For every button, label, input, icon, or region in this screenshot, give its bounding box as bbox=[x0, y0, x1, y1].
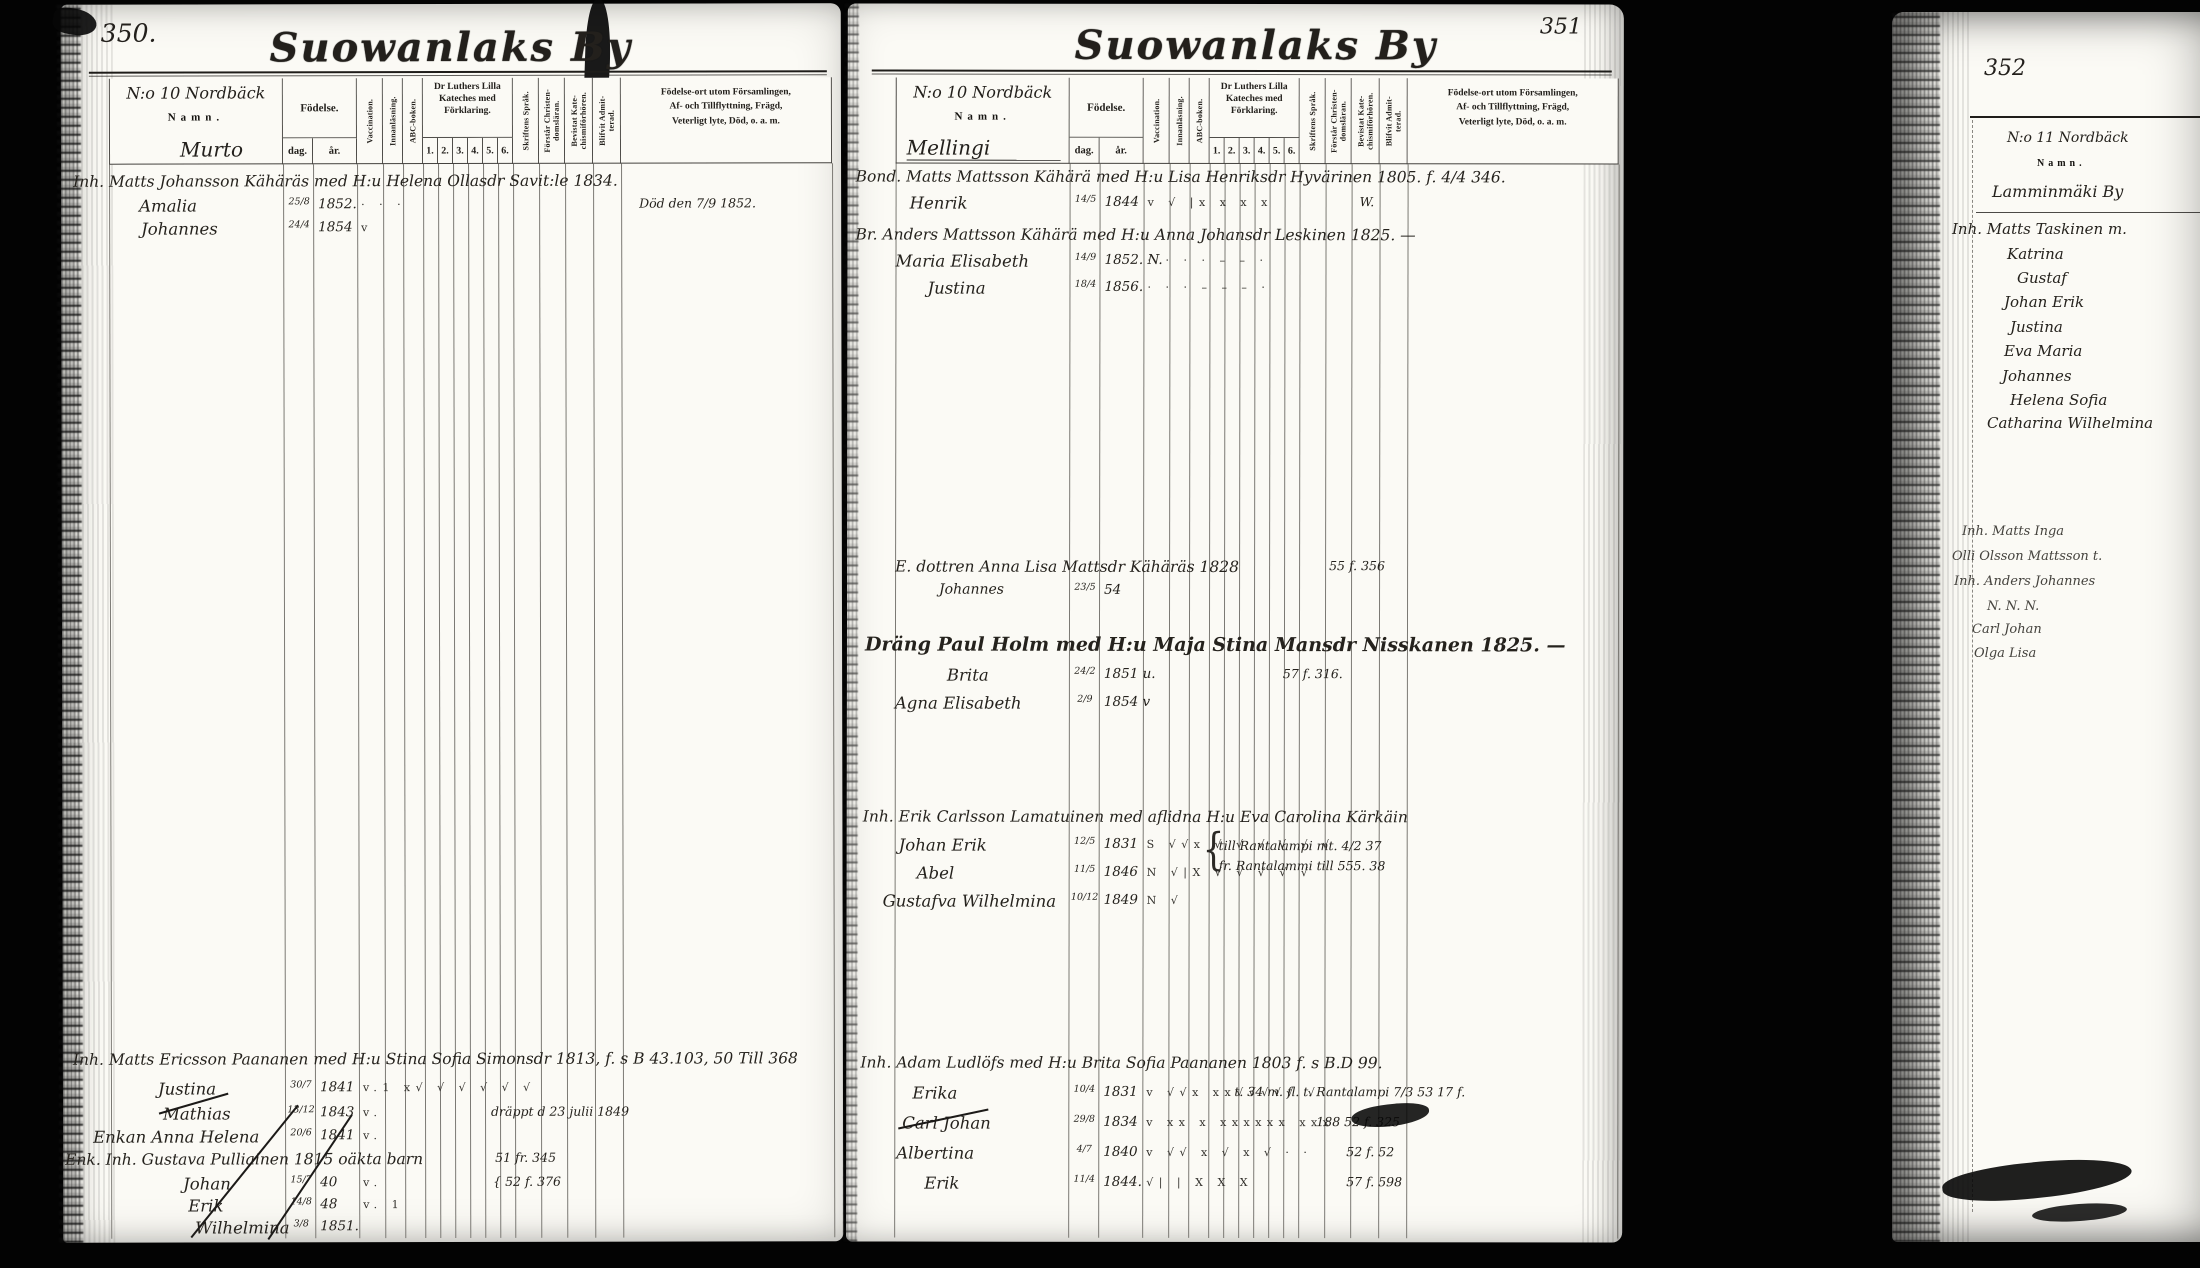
c2-label: 2. bbox=[1225, 145, 1239, 156]
person-name: Johan Erik bbox=[2004, 293, 2084, 311]
c1-label: 1. bbox=[1210, 145, 1224, 156]
birth-day: 30/7 bbox=[286, 1080, 316, 1091]
table-row: Justina 18/4 1856. · · · – – – · bbox=[847, 278, 1623, 303]
person-name: Inh. Anders Johannes bbox=[1954, 574, 2095, 589]
header-abc-book: ABC-boken. bbox=[403, 78, 423, 164]
person-name: Carl Johan bbox=[1972, 622, 2042, 637]
c6-label: 6. bbox=[498, 145, 512, 156]
person-name: Abel bbox=[917, 864, 955, 883]
person-name: Albertina bbox=[896, 1144, 974, 1163]
header-c1: 1. bbox=[423, 138, 438, 164]
register-number: N:o 10 Nordbäck bbox=[897, 83, 1069, 102]
check-marks: v xx x xxxxxx xxx bbox=[1146, 1116, 1334, 1129]
family-line: Inh. Matts Johansson Kähäräs med H:u Hel… bbox=[73, 172, 618, 191]
person-name: Maria Elisabeth bbox=[895, 252, 1028, 271]
table-row: Carl Johan 29/8 1834 v xx x xxxxxx xxx 1… bbox=[846, 1113, 1622, 1138]
farm-name: Mellingi bbox=[907, 136, 1061, 161]
birth-year: 40 bbox=[320, 1174, 337, 1190]
c3-label: 3. bbox=[1240, 146, 1254, 157]
margin-note: { 52 f. 376 bbox=[493, 1174, 561, 1189]
binding-shade bbox=[1932, 12, 1972, 1242]
title-rule bbox=[872, 73, 1612, 75]
person-name: Helena Sofia bbox=[2010, 391, 2107, 409]
margin-note: 57 f. 316. bbox=[1283, 666, 1343, 681]
table-row: Brita 24/2 1851 u. 57 f. 316. bbox=[847, 665, 1623, 690]
admitted-label: Blifvit Admit- terad. bbox=[1384, 79, 1402, 163]
column-line bbox=[1972, 120, 1973, 1212]
header-scripture: Skriftens Språk. bbox=[513, 78, 539, 164]
birth-year: 1840 bbox=[1103, 1144, 1137, 1160]
table-row: Br. Anders Mattsson Kähärä med H:u Anna … bbox=[848, 225, 1624, 250]
page-edge-noise bbox=[1892, 12, 1940, 1242]
family-line: Inh. Adam Ludlöfs med H:u Brita Sofia Pa… bbox=[860, 1053, 1382, 1072]
header-name-column: N:o 10 Nordbäck Namn. Murto bbox=[109, 78, 283, 164]
notes-label: Födelse-ort utom Församlingen, Af- och T… bbox=[623, 85, 829, 128]
birth-year: 1841 bbox=[320, 1079, 354, 1095]
header-notes: Födelse-ort utom Församlingen, Af- och T… bbox=[1408, 78, 1619, 164]
check-marks: v.1 x√ √ √ √ √ √ bbox=[363, 1081, 536, 1094]
table-row: Wilhelmina 3/8 1851. bbox=[63, 1217, 843, 1243]
table-row: Henrik 14/5 1844 v √ |x x x x W. bbox=[848, 193, 1624, 218]
c5-label: 5. bbox=[1270, 146, 1284, 157]
person-name: Justina bbox=[2010, 318, 2063, 336]
birth-day: 4/7 bbox=[1069, 1145, 1099, 1155]
notes-label: Födelse-ort utom Församlingen, Af- och T… bbox=[1410, 86, 1616, 129]
abc-label: ABC-boken. bbox=[1195, 79, 1204, 163]
ink-blob bbox=[1941, 1152, 2134, 1208]
birth-year: 1834 bbox=[1103, 1114, 1137, 1130]
ink-blob bbox=[2032, 1201, 2128, 1225]
person-name: Justina bbox=[158, 1079, 216, 1098]
catechism-label: Dr Luthers Lilla Kateches med Förklaring… bbox=[425, 82, 510, 118]
header-scripture: Skriftens Språk. bbox=[1300, 78, 1326, 164]
birth-day: 23/5 bbox=[1070, 583, 1100, 593]
header-admitted: Blifvit Admit- terad. bbox=[1380, 78, 1408, 164]
birth-year: 1831 bbox=[1103, 1084, 1137, 1100]
understanding-label: Förstår Christen- domsläran. bbox=[542, 79, 561, 163]
check-marks: v √ |x x x x bbox=[1148, 196, 1273, 209]
person-name: Johannes bbox=[939, 582, 1004, 598]
table-row: Erik 11/4 1844. √| | X X X 57 f. 598 bbox=[846, 1173, 1622, 1198]
margin-note: Död den 7/9 1852. bbox=[639, 195, 756, 210]
person-name: Inh. Matts Taskinen m. bbox=[1952, 220, 2127, 238]
check-marks: v. bbox=[363, 1176, 382, 1189]
reading-label: Innanläsning. bbox=[1175, 79, 1184, 163]
title-rule bbox=[1970, 116, 2200, 118]
person-name: Henrik bbox=[910, 194, 968, 213]
birth-day: 2/9 bbox=[1070, 695, 1100, 705]
margin-note: t. 34 m. fl. t. Rantalampi 7/3 53 17 f. bbox=[1234, 1084, 1465, 1099]
table-row: Amalia 25/8 1852. · · · Död den 7/9 1852… bbox=[61, 195, 841, 221]
register-number: N:o 11 Nordbäck bbox=[2007, 130, 2129, 146]
person-name: Catharina Wilhelmina bbox=[1987, 414, 2153, 432]
person-name: Gustaf bbox=[2017, 269, 2067, 287]
birth-year: 1851 u. bbox=[1104, 666, 1156, 682]
header-admitted: Blifvit Admit- terad. bbox=[593, 78, 621, 164]
birth-year: 48 bbox=[320, 1196, 337, 1212]
scripture-label: Skriftens Språk. bbox=[521, 79, 530, 163]
margin-note: 51 fr. 345 bbox=[495, 1150, 556, 1165]
attended-label: Bevistat Kate- chismiförhören. bbox=[1356, 79, 1374, 163]
birth-label: Födelse. bbox=[1070, 101, 1143, 113]
header-c5: 5. bbox=[483, 138, 498, 164]
family-line: E. dottren Anna Lisa Mattsdr Kähäräs 182… bbox=[895, 558, 1239, 576]
header-understanding: Förstår Christen- domsläran. bbox=[1326, 78, 1352, 164]
header-c2: 2. bbox=[1225, 138, 1240, 164]
check-marks: N √|X √ √ √ √ √ bbox=[1147, 866, 1314, 879]
margin-note: 52 f. 52 bbox=[1346, 1144, 1394, 1159]
table-row: Enkan Anna Helena 20/6 1841 v. bbox=[63, 1126, 843, 1152]
title-rule bbox=[89, 74, 827, 77]
c3-label: 3. bbox=[453, 145, 467, 156]
person-name: Johan Erik bbox=[899, 836, 987, 855]
title-rule bbox=[89, 70, 827, 74]
birth-year: 1852. bbox=[318, 196, 357, 212]
check-marks: · · · · – – · bbox=[1147, 254, 1268, 267]
c4-label: 4. bbox=[468, 145, 482, 156]
table-row: Justina 30/7 1841 v.1 x√ √ √ √ √ √ bbox=[63, 1078, 843, 1104]
person-name: Amalia bbox=[139, 197, 197, 216]
header-c6: 6. bbox=[498, 138, 513, 164]
table-row: Abel 11/5 1846 N √|X √ √ √ √ √ bbox=[847, 863, 1623, 888]
family-line: Inh. Erik Carlsson Lamatuinen med aflidn… bbox=[863, 807, 1408, 826]
table-row: Albertina 4/7 1840 v √√ x √ x √ · · 52 f… bbox=[846, 1143, 1622, 1168]
person-name: Erik bbox=[188, 1196, 223, 1215]
header-c5: 5. bbox=[1270, 138, 1285, 164]
birth-year: 1846 bbox=[1104, 864, 1138, 880]
check-marks: · · · bbox=[361, 198, 406, 211]
header-vaccination: Vaccination. bbox=[357, 78, 383, 164]
birth-day: 12/5 bbox=[1070, 837, 1100, 847]
check-marks: v. 1 bbox=[363, 1198, 404, 1211]
check-marks: N √ bbox=[1147, 894, 1184, 907]
family-line: Inh. Matts Ericsson Paananen med H:u Sti… bbox=[73, 1049, 798, 1069]
table-row: Johannes 23/5 54 bbox=[847, 581, 1623, 606]
person-name: Johan bbox=[183, 1174, 231, 1193]
person-name: Johannes bbox=[2002, 367, 2072, 385]
person-name: N. N. N. bbox=[1987, 599, 2039, 614]
birth-year: 54 bbox=[1104, 582, 1121, 598]
name-column-label: Namn. bbox=[897, 111, 1069, 123]
person-name: Erika bbox=[912, 1084, 957, 1103]
check-marks: v √√ x √ x √ · · bbox=[1146, 1146, 1312, 1159]
birth-day: 20/6 bbox=[286, 1128, 316, 1139]
header-notes: Födelse-ort utom Församlingen, Af- och T… bbox=[621, 77, 832, 163]
table-row: Inh. Matts Johansson Kähäräs med H:u Hel… bbox=[61, 171, 841, 197]
family-line: Enk. Inh. Gustava Pulliainen 1815 oäkta … bbox=[65, 1150, 423, 1169]
header-reading: Innanläsning. bbox=[1170, 78, 1190, 164]
table-row: Johan Erik 12/5 1831 S √√x √ √ √ √ √ √ {… bbox=[847, 835, 1623, 860]
birth-day: 11/4 bbox=[1069, 1175, 1099, 1185]
header-birth: Födelse. bbox=[283, 78, 357, 138]
header-c3: 3. bbox=[453, 138, 468, 164]
person-name: Olli Olsson Mattsson t. bbox=[1952, 549, 2102, 564]
person-name: Brita bbox=[947, 666, 989, 685]
person-name: Inh. Matts Inga bbox=[1962, 524, 2064, 539]
page-number: 350. bbox=[101, 19, 157, 48]
header-attended: Bevistat Kate- chismiförhören. bbox=[1352, 78, 1380, 164]
person-name: Eva Maria bbox=[2004, 342, 2082, 360]
birth-day: 14/9 bbox=[1071, 253, 1101, 263]
attended-label: Bevistat Kate- chismiförhören. bbox=[569, 79, 588, 163]
header-c4: 4. bbox=[468, 138, 483, 164]
village-title: Lamminmäki By bbox=[1992, 182, 2123, 201]
table-row: Maria Elisabeth 14/9 1852. N. · · · · – … bbox=[847, 251, 1623, 276]
header-bottom-rule bbox=[109, 162, 832, 165]
birth-day: 18/4 bbox=[1070, 280, 1100, 290]
header-vaccination: Vaccination. bbox=[1144, 78, 1170, 164]
header-catechism: Dr Luthers Lilla Kateches med Förklaring… bbox=[1210, 78, 1300, 138]
year-label: år. bbox=[313, 146, 356, 157]
c1-label: 1. bbox=[423, 146, 437, 157]
header-birth-year: år. bbox=[313, 138, 357, 164]
village-title: Suowanlaks By bbox=[1016, 22, 1496, 70]
table-row: Inh. Matts Ericsson Paananen med H:u Sti… bbox=[63, 1049, 843, 1075]
margin-note: 57 f. 598 bbox=[1346, 1174, 1402, 1189]
admitted-label: Blifvit Admit- terad. bbox=[597, 79, 616, 163]
table-row: E. dottren Anna Lisa Mattsdr Kähäräs 182… bbox=[847, 557, 1623, 582]
margin-note: 55 f. 356 bbox=[1329, 558, 1385, 573]
person-name: Olga Lisa bbox=[1974, 646, 2036, 661]
page-351: 351 Suowanlaks By N:o 10 Nordbäck Namn. … bbox=[846, 3, 1624, 1242]
header-abc-book: ABC-boken. bbox=[1190, 78, 1210, 164]
birth-year: 1856. bbox=[1104, 279, 1143, 295]
year-label: år. bbox=[1100, 145, 1143, 156]
header-reading: Innanläsning. bbox=[383, 78, 403, 164]
birth-day: 29/8 bbox=[1069, 1115, 1099, 1125]
birth-day: 15/7 bbox=[286, 1175, 316, 1186]
scripture-label: Skriftens Språk. bbox=[1308, 79, 1317, 163]
header-bottom-rule bbox=[896, 163, 1619, 165]
person-name: Gustafva Wilhelmina bbox=[883, 892, 1057, 911]
birth-day: 10/4 bbox=[1069, 1085, 1099, 1095]
person-name: Erik bbox=[924, 1174, 959, 1193]
table-row: Bond. Matts Mattsson Kähärä med H:u Lisa… bbox=[848, 167, 1624, 192]
check-marks: v. bbox=[363, 1106, 382, 1119]
family-line: Dräng Paul Holm med H:u Maja Stina Mansd… bbox=[865, 633, 1566, 656]
village-title: Suowanlaks By bbox=[211, 23, 691, 71]
table-row: Johannes 24/4 1854 v bbox=[61, 218, 841, 244]
table-row: Erika 10/4 1831 v √√x xx√√√√√ √ t. 34 m.… bbox=[846, 1083, 1622, 1108]
header-birth-year: år. bbox=[1100, 138, 1144, 164]
table-row: Enk. Inh. Gustava Pulliainen 1815 oäkta … bbox=[63, 1149, 843, 1175]
margin-note: W. bbox=[1360, 194, 1375, 209]
check-marks: v bbox=[361, 221, 373, 234]
header-catechism: Dr Luthers Lilla Kateches med Förklaring… bbox=[423, 78, 513, 138]
header-understanding: Förstår Christen- domsläran. bbox=[539, 78, 565, 164]
check-marks: v. bbox=[363, 1129, 382, 1142]
c5-label: 5. bbox=[483, 145, 497, 156]
birth-day: 11/5 bbox=[1070, 865, 1100, 875]
table-row: Agna Elisabeth 2/9 1854 v bbox=[847, 693, 1623, 718]
header-c6: 6. bbox=[1285, 138, 1300, 164]
title-rule bbox=[872, 69, 1612, 72]
c6-label: 6. bbox=[1285, 146, 1299, 157]
table-row: Gustafva Wilhelmina 10/12 1849 N √ bbox=[847, 891, 1623, 916]
table-row: Inh. Adam Ludlöfs med H:u Brita Sofia Pa… bbox=[846, 1053, 1622, 1078]
understanding-label: Förstår Christen- domsläran. bbox=[1329, 79, 1347, 163]
page-352-partial: 352 N:o 11 Nordbäck Namn. Lamminmäki By … bbox=[1892, 12, 2200, 1242]
page-number: 351 bbox=[1540, 14, 1582, 39]
catechism-label: Dr Luthers Lilla Kateches med Förklaring… bbox=[1212, 82, 1297, 118]
person-name: Johannes bbox=[141, 219, 218, 238]
birth-year: 1854 bbox=[318, 219, 352, 235]
birth-year: 1844. bbox=[1103, 1174, 1142, 1190]
header-c4: 4. bbox=[1255, 138, 1270, 164]
header-c1: 1. bbox=[1210, 138, 1225, 164]
header-attended: Bevistat Kate- chismiförhören. bbox=[565, 78, 593, 164]
name-column-label: Namn. bbox=[2037, 158, 2086, 169]
day-label: dag. bbox=[1070, 145, 1099, 156]
birth-day: 24/2 bbox=[1070, 667, 1100, 677]
family-line: Bond. Matts Mattsson Kähärä med H:u Lisa… bbox=[856, 167, 1506, 186]
birth-day: 3/8 bbox=[286, 1219, 316, 1230]
header-c3: 3. bbox=[1240, 138, 1255, 164]
page-number: 352 bbox=[1984, 56, 2026, 81]
birth-label: Födelse. bbox=[283, 102, 356, 114]
table-row: Inh. Erik Carlsson Lamatuinen med aflidn… bbox=[847, 807, 1623, 832]
header-birth: Födelse. bbox=[1070, 78, 1144, 138]
table-row: Dräng Paul Holm med H:u Maja Stina Mansd… bbox=[847, 633, 1623, 658]
header-birth-day: dag. bbox=[1070, 138, 1100, 164]
birth-day: 10/12 bbox=[1070, 893, 1100, 903]
birth-year: 1831 bbox=[1104, 836, 1138, 852]
title-rule bbox=[1976, 212, 2200, 213]
c2-label: 2. bbox=[438, 145, 452, 156]
register-number: N:o 10 Nordbäck bbox=[110, 83, 282, 102]
vaccination-label: Vaccination. bbox=[1152, 79, 1161, 163]
vaccination-label: Vaccination. bbox=[365, 79, 374, 163]
abc-label: ABC-boken. bbox=[408, 79, 417, 163]
margin-note: dräppt d 23 julii 1849 bbox=[491, 1104, 629, 1119]
c4-label: 4. bbox=[1255, 146, 1269, 157]
header-name-column: N:o 10 Nordbäck Namn. Mellingi bbox=[896, 78, 1070, 164]
name-column-label: Namn. bbox=[110, 111, 282, 123]
day-label: dag. bbox=[283, 146, 312, 157]
book-scan: { "colors": {"paper":"#fbfaf5","ink":"#2… bbox=[0, 0, 2200, 1268]
birth-day: 24/4 bbox=[284, 220, 314, 231]
family-line: Br. Anders Mattsson Kähärä med H:u Anna … bbox=[856, 225, 1416, 244]
person-name: Justina bbox=[927, 279, 985, 298]
ink-blob bbox=[51, 6, 98, 38]
birth-year: 1854 v bbox=[1104, 694, 1150, 710]
check-marks: · · · – – – · bbox=[1147, 281, 1270, 294]
birth-year: 1851. bbox=[320, 1218, 359, 1234]
person-name: Agna Elisabeth bbox=[895, 694, 1022, 713]
page-350: 350. Suowanlaks By N:o 10 Nordbäck Namn.… bbox=[61, 3, 844, 1243]
check-marks: √| | X X X bbox=[1146, 1176, 1253, 1189]
person-name: Katrina bbox=[2007, 245, 2064, 263]
birth-year: 1849 bbox=[1104, 892, 1138, 908]
header-birth-day: dag. bbox=[283, 138, 313, 164]
reading-label: Innanläsning. bbox=[388, 79, 397, 163]
birth-day: 14/5 bbox=[1071, 195, 1101, 205]
farm-name: Murto bbox=[180, 137, 243, 161]
header-c2: 2. bbox=[438, 138, 453, 164]
birth-year: 1844 bbox=[1105, 194, 1139, 210]
person-name: Enkan Anna Helena bbox=[93, 1127, 259, 1146]
birth-day: 25/8 bbox=[284, 197, 314, 208]
